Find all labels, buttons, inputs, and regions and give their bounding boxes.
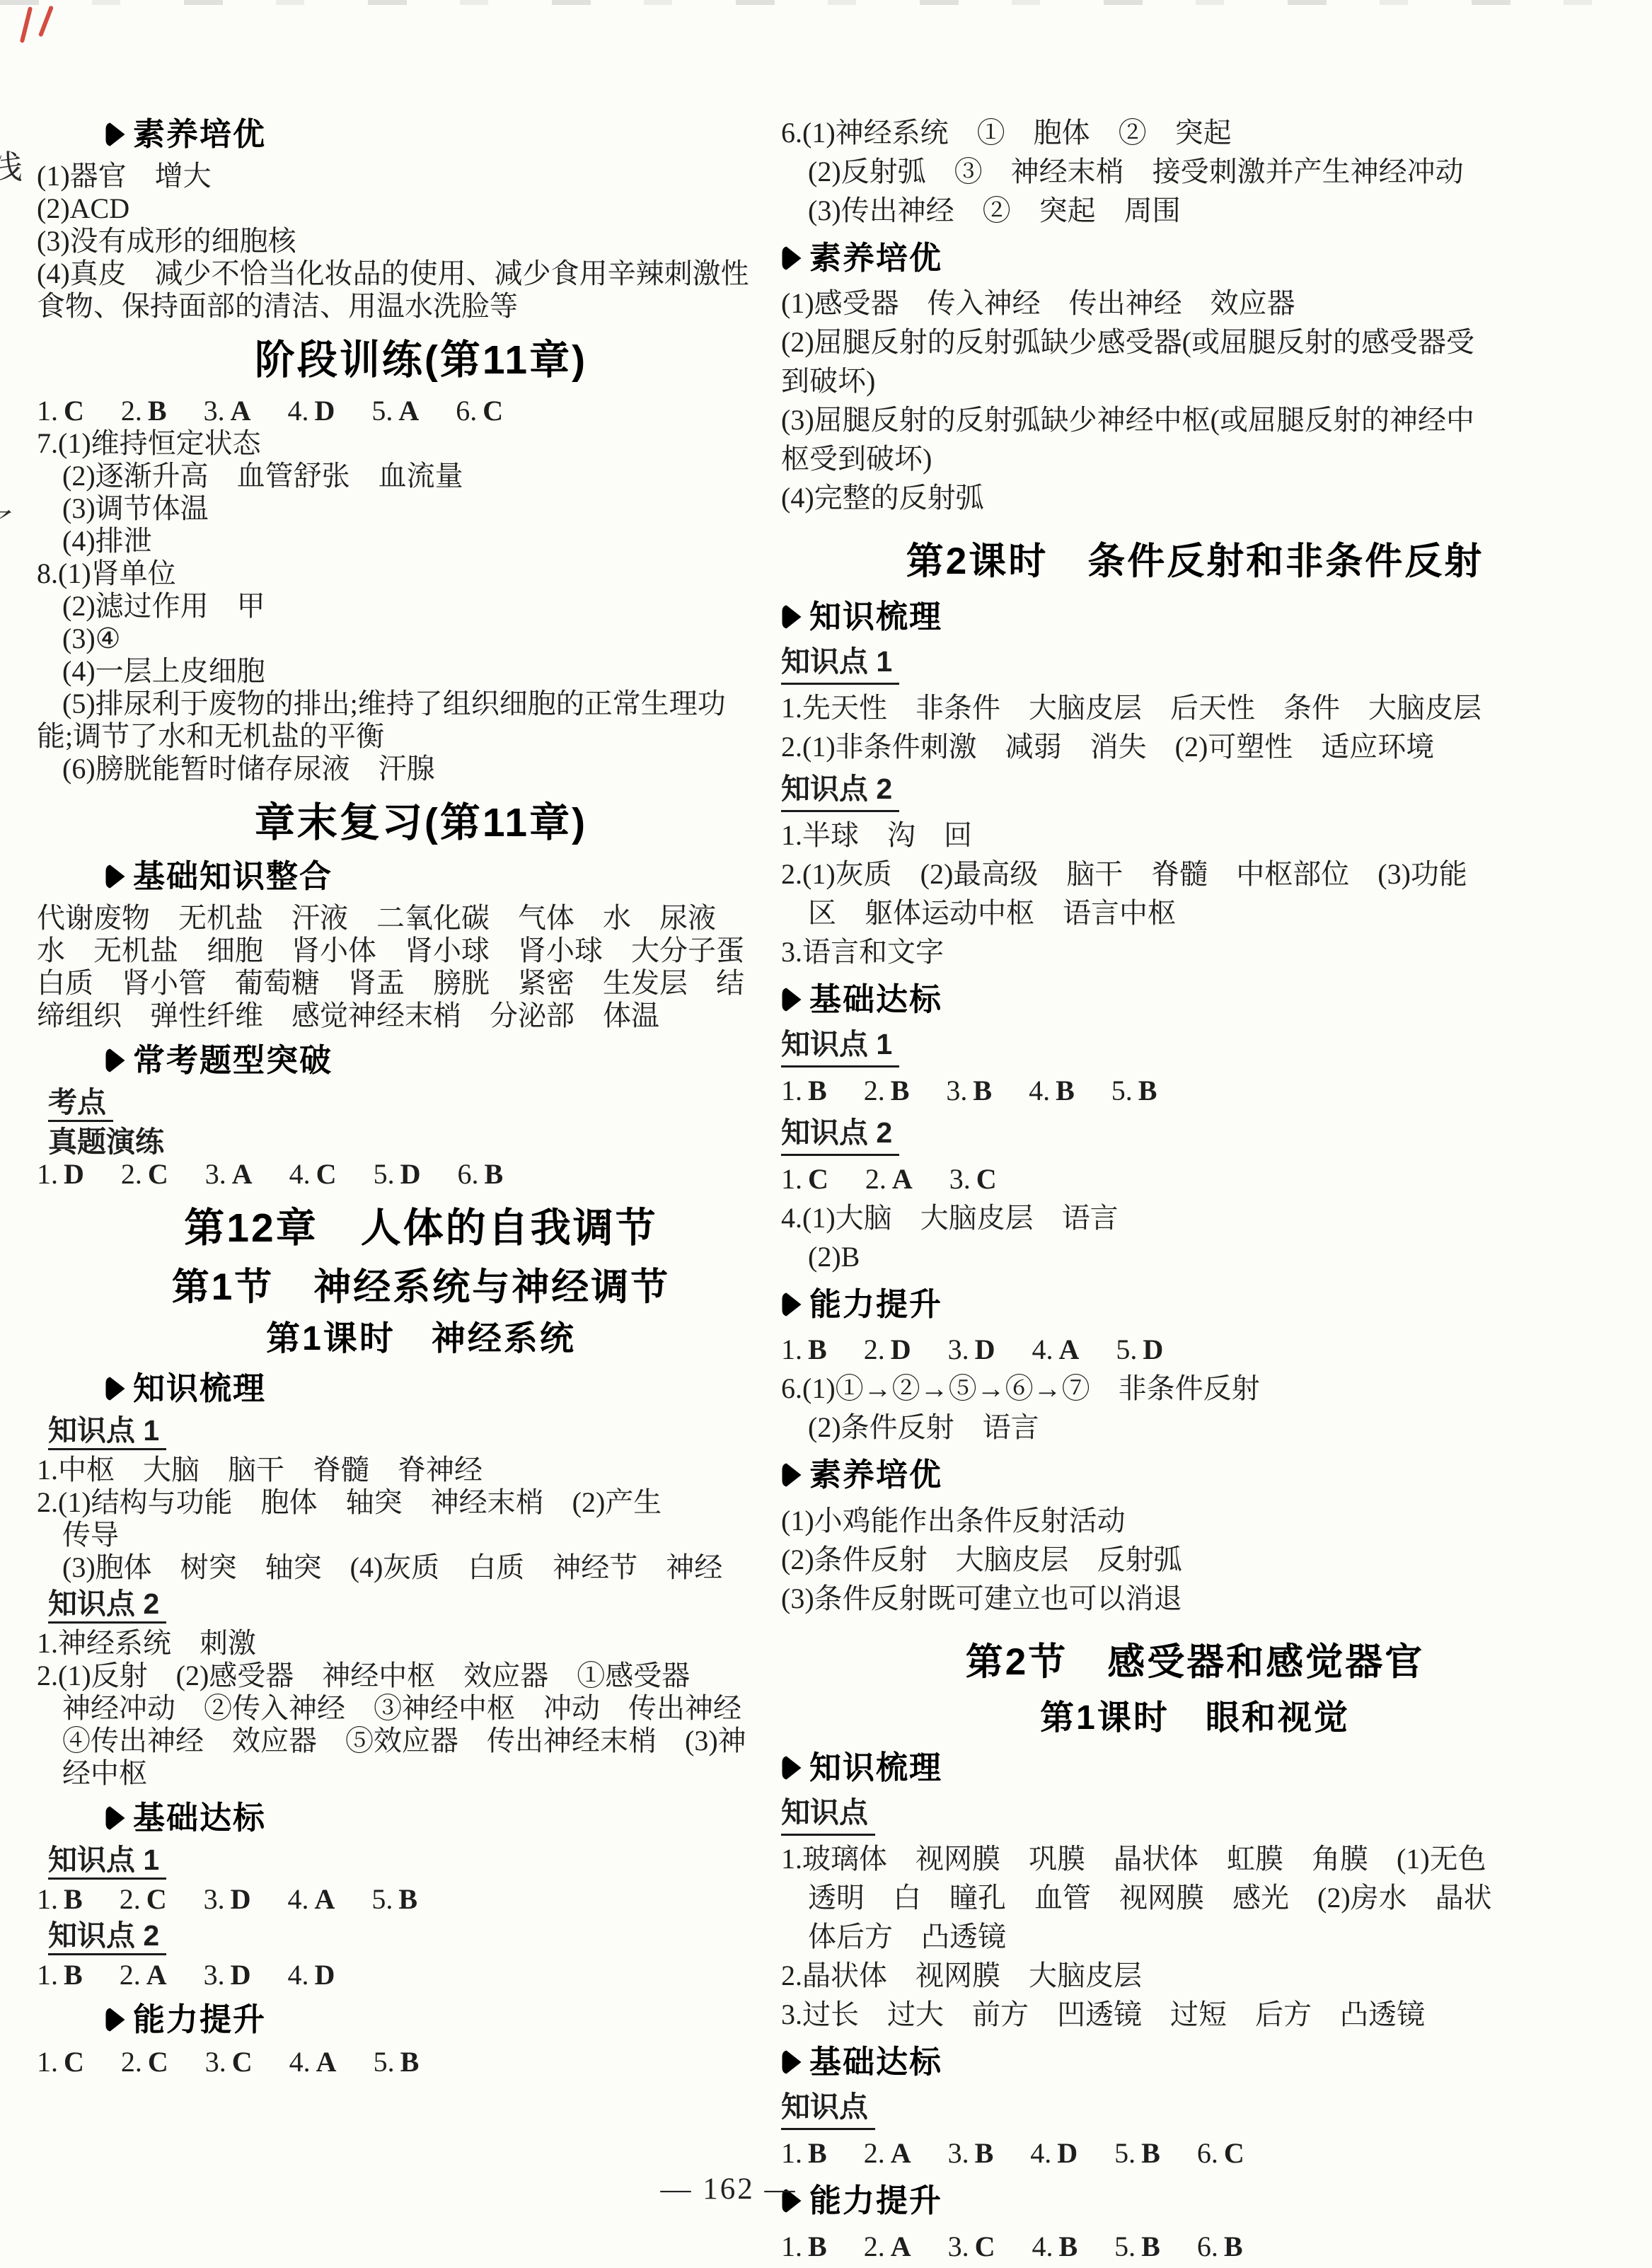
answer-text-line: (2)滤过作用 甲 xyxy=(37,590,805,623)
answer-pair: 5.B xyxy=(374,2046,420,2078)
answer-text-line: 区 躯体运动中枢 语言中枢 xyxy=(781,893,1609,932)
play-triangle-icon xyxy=(781,1755,802,1781)
scanner-edge-noise xyxy=(0,0,1652,5)
knowledge-point-subhead: 考点 xyxy=(37,1086,805,1122)
play-triangle-icon xyxy=(105,2007,126,2032)
answer-text-line: (2)条件反射 大脑皮层 反射弧 xyxy=(781,1540,1609,1579)
section-header: 素养培优 xyxy=(37,115,805,154)
left-column: 素养培优(1)器官 增大(2)ACD(3)没有成形的细胞核(4)真皮 减少不恰当… xyxy=(37,106,805,2078)
answer-text-line: 神经冲动 ②传入神经 ③神经中枢 冲动 传出神经 xyxy=(37,1692,805,1725)
answer-text-line: (3)传出神经 ② 突起 周围 xyxy=(781,191,1609,230)
section-header-label: 素养培优 xyxy=(809,238,942,278)
section-header: 素养培优 xyxy=(781,1455,1609,1495)
answer-pair: 1.C xyxy=(37,395,84,427)
knowledge-point-subhead: 知识点 1 xyxy=(781,642,1609,685)
answer-pair: 5.A xyxy=(371,395,419,427)
section-header-label: 素养培优 xyxy=(133,115,266,154)
section-header-label: 能力提升 xyxy=(809,1285,942,1324)
answer-text-line: 白质 肾小管 葡萄糖 肾盂 膀胱 紧密 生发层 结 xyxy=(37,967,805,1000)
section-header: 常考题型突破 xyxy=(37,1041,805,1080)
play-triangle-icon xyxy=(105,1805,126,1831)
answer-text-line: 2.(1)结构与功能 胞体 轴突 神经末梢 (2)产生 xyxy=(37,1486,805,1519)
section-header: 基础知识整合 xyxy=(37,857,805,896)
knowledge-point-label: 知识点 1 xyxy=(781,642,899,685)
answer-text-line: 体后方 凸透镜 xyxy=(781,1917,1609,1956)
answer-pair: 3.C xyxy=(205,2046,253,2078)
section-header: 知识梳理 xyxy=(37,1369,805,1408)
answer-text-line: (5)排尿利于废物的排出;维持了组织细胞的正常生理功 xyxy=(37,688,805,720)
knowledge-point-label: 知识点 2 xyxy=(781,1113,899,1156)
answer-text-line: 8.(1)肾单位 xyxy=(37,557,805,590)
section-header: 知识梳理 xyxy=(781,1748,1609,1788)
section-header-label: 基础达标 xyxy=(809,980,942,1019)
answer-text-line: 6.(1)神经系统 ① 胞体 ② 突起 xyxy=(781,113,1609,152)
answer-pair: 1.B xyxy=(781,2231,827,2262)
answer-choice-line: 1.B2.C3.D4.A5.B xyxy=(37,1883,805,1916)
section-header-label: 知识梳理 xyxy=(133,1369,266,1408)
answer-text-line: 代谢废物 无机盐 汗液 二氧化碳 气体 水 尿液 xyxy=(37,902,805,935)
answer-choice-line: 1.D2.C3.A4.C5.D6.B xyxy=(37,1158,805,1191)
red-pen-mark xyxy=(20,6,33,43)
answer-text-line: (4)排泄 xyxy=(37,525,805,557)
section-header: 能力提升 xyxy=(781,2181,1609,2221)
answer-choice-line: 1.C2.C3.C4.A5.B xyxy=(37,2046,805,2078)
lesson-heading: 第1课时 神经系统 xyxy=(37,1318,805,1360)
answer-pair: 4.A xyxy=(287,1883,335,1915)
answer-text-line: 食物、保持面部的清洁、用温水洗脸等 xyxy=(37,290,805,323)
knowledge-point-subhead: 知识点 1 xyxy=(781,1025,1609,1068)
answer-choice-line: 1.B2.B3.B4.B5.B xyxy=(781,1071,1609,1110)
section-header: 基础达标 xyxy=(781,2042,1609,2082)
answer-text-line: 1.半球 沟 回 xyxy=(781,816,1609,855)
section-header: 知识梳理 xyxy=(781,597,1609,637)
play-triangle-icon xyxy=(105,1376,126,1401)
section-header-label: 知识梳理 xyxy=(809,597,942,637)
answer-pair: 1.B xyxy=(37,1883,83,1915)
section-header: 素养培优 xyxy=(781,238,1609,278)
section-header-label: 能力提升 xyxy=(133,2000,266,2040)
answer-text-line: (2)反射弧 ③ 神经末梢 接受刺激并产生神经冲动 xyxy=(781,152,1609,191)
answer-text-line: (3)没有成形的细胞核 xyxy=(37,225,805,258)
answer-pair: 1.B xyxy=(781,1075,827,1106)
answer-text-line: (2)逐渐升高 血管舒张 血流量 xyxy=(37,460,805,492)
chapter-heading: 章末复习(第11章) xyxy=(37,798,805,848)
answer-text-line: 到破坏) xyxy=(781,361,1609,400)
knowledge-point-subhead: 知识点 2 xyxy=(781,770,1609,812)
answer-text-line: 缔组织 弹性纤维 感觉神经末梢 分泌部 体温 xyxy=(37,1000,805,1032)
scanned-answer-page: 浅 了 素养培优(1)器官 增大(2)ACD(3)没有成形的细胞核(4)真皮 减… xyxy=(0,0,1652,2268)
answer-text-line: 1.玻璃体 视网膜 巩膜 晶状体 虹膜 角膜 (1)无色 xyxy=(781,1839,1609,1878)
answer-pair: 3.D xyxy=(204,1883,251,1915)
play-triangle-icon xyxy=(105,122,126,147)
play-triangle-icon xyxy=(781,245,802,271)
knowledge-point-subhead: 知识点 1 xyxy=(37,1414,805,1450)
answer-text-line: (1)感受器 传入神经 传出神经 效应器 xyxy=(781,284,1609,323)
answer-pair: 1.B xyxy=(781,1333,827,1365)
section-header: 基础达标 xyxy=(781,980,1609,1019)
answer-choice-line: 1.C2.A3.C xyxy=(781,1159,1609,1198)
answer-text-line: (4)一层上皮细胞 xyxy=(37,655,805,688)
answer-pair: 4.B xyxy=(1029,1075,1075,1106)
answer-pair: 6.B xyxy=(1197,2231,1243,2262)
answer-pair: 2.A xyxy=(864,2137,911,2169)
answer-choice-line: 1.B2.D3.D4.A5.D xyxy=(781,1330,1609,1369)
play-triangle-icon xyxy=(781,604,802,630)
answer-pair: 3.C xyxy=(948,2231,995,2262)
answer-pair: 4.D xyxy=(1030,2137,1078,2169)
answer-text-line: 能;调节了水和无机盐的平衡 xyxy=(37,720,805,753)
knowledge-point-label: 知识点 xyxy=(781,1793,875,1836)
play-triangle-icon xyxy=(781,2049,802,2075)
answer-choice-line: 1.B2.A3.C4.B5.B6.B xyxy=(781,2227,1609,2266)
answer-pair: 2.C xyxy=(121,2046,168,2078)
answer-text-line: 3.过长 过大 前方 凹透镜 过短 后方 凸透镜 xyxy=(781,1995,1609,2034)
answer-text-line: 传导 xyxy=(37,1519,805,1551)
knowledge-point-subhead: 知识点 xyxy=(781,2088,1609,2130)
knowledge-point-subhead: 知识点 2 xyxy=(37,1919,805,1955)
section-header-label: 基础达标 xyxy=(133,1798,266,1838)
play-triangle-icon xyxy=(781,987,802,1012)
answer-pair: 2.B xyxy=(121,395,167,427)
knowledge-point-label: 知识点 1 xyxy=(48,1414,166,1450)
answer-pair: 3.A xyxy=(205,1158,253,1190)
answer-choice-line: 1.C2.B3.A4.D5.A6.C xyxy=(37,395,805,427)
knowledge-point-label: 知识点 2 xyxy=(781,770,899,812)
answer-text-line: (3)调节体温 xyxy=(37,492,805,525)
answer-pair: 3.D xyxy=(204,1959,251,1991)
answer-text-line: (2)条件反射 语言 xyxy=(781,1408,1609,1447)
answer-pair: 2.D xyxy=(864,1333,911,1365)
section-heading: 第1节 神经系统与神经调节 xyxy=(37,1264,805,1311)
knowledge-point-label: 知识点 2 xyxy=(48,1587,166,1624)
clipped-margin-character: 了 xyxy=(0,509,14,542)
answer-text-line: (3)胞体 树突 轴突 (4)灰质 白质 神经节 神经 xyxy=(37,1551,805,1584)
answer-pair: 3.D xyxy=(948,1333,995,1365)
bold-subhead: 真题演练 xyxy=(37,1126,805,1158)
answer-pair: 6.B xyxy=(457,1158,503,1190)
answer-text-line: (6)膀胱能暂时储存尿液 汗腺 xyxy=(37,753,805,785)
answer-pair: 5.B xyxy=(1111,1075,1157,1106)
answer-text-line: 2.(1)反射 (2)感受器 神经中枢 效应器 ①感受器 xyxy=(37,1660,805,1692)
answer-pair: 1.C xyxy=(781,1163,828,1195)
chapter-heading: 第12章 人体的自我调节 xyxy=(37,1203,805,1254)
red-pen-mark xyxy=(38,5,54,37)
answer-text-line: (2)ACD xyxy=(37,192,805,225)
knowledge-point-label: 知识点 xyxy=(781,2088,875,2130)
answer-pair: 2.A xyxy=(865,1163,913,1195)
answer-text-line: (3)屈腿反射的反射弧缺少神经中枢(或屈腿反射的神经中 xyxy=(781,400,1609,439)
answer-text-line: 3.语言和文字 xyxy=(781,932,1609,971)
answer-pair: 1.B xyxy=(781,2137,827,2169)
answer-pair: 5.B xyxy=(1114,2137,1160,2169)
knowledge-point-label: 知识点 2 xyxy=(48,1919,166,1955)
knowledge-point-subhead: 知识点 1 xyxy=(37,1844,805,1880)
answer-pair: 5.D xyxy=(374,1158,421,1190)
knowledge-point-subhead: 知识点 2 xyxy=(37,1587,805,1624)
answer-pair: 2.C xyxy=(121,1158,168,1190)
answer-pair: 1.B xyxy=(37,1959,83,1991)
answer-text-line: (1)器官 增大 xyxy=(37,160,805,192)
answer-text-line: 1.中枢 大脑 脑干 脊髓 脊神经 xyxy=(37,1454,805,1486)
right-column: 6.(1)神经系统 ① 胞体 ② 突起(2)反射弧 ③ 神经末梢 接受刺激并产生… xyxy=(781,113,1609,2266)
answer-pair: 2.B xyxy=(864,1075,910,1106)
answer-text-line: (3)④ xyxy=(37,623,805,655)
answer-text-line: 水 无机盐 细胞 肾小体 肾小球 肾小球 大分子蛋 xyxy=(37,935,805,967)
answer-text-line: 4.(1)大脑 大脑皮层 语言 xyxy=(781,1198,1609,1237)
answer-pair: 1.C xyxy=(37,2046,84,2078)
section-heading: 第2课时 条件反射和非条件反射 xyxy=(781,538,1609,585)
section-header: 能力提升 xyxy=(37,2000,805,2040)
answer-pair: 1.D xyxy=(37,1158,84,1190)
answer-text-line: 7.(1)维持恒定状态 xyxy=(37,427,805,460)
play-triangle-icon xyxy=(781,1462,802,1488)
answer-text-line: 6.(1)①→②→⑤→⑥→⑦ 非条件反射 xyxy=(781,1369,1609,1408)
answer-text-line: 透明 白 瞳孔 血管 视网膜 感光 (2)房水 晶状 xyxy=(781,1878,1609,1917)
answer-pair: 5.B xyxy=(371,1883,417,1915)
answer-text-line: ④传出神经 效应器 ⑤效应器 传出神经末梢 (3)神 xyxy=(37,1725,805,1757)
knowledge-point-label: 知识点 1 xyxy=(48,1844,166,1880)
answer-pair: 5.D xyxy=(1116,1333,1163,1365)
answer-pair: 4.C xyxy=(289,1158,337,1190)
play-triangle-icon xyxy=(781,1292,802,1317)
answer-pair: 4.D xyxy=(287,1959,335,1991)
answer-text-line: (2)B xyxy=(781,1237,1609,1276)
knowledge-point-subhead: 知识点 2 xyxy=(781,1113,1609,1156)
knowledge-point-subhead: 知识点 xyxy=(781,1793,1609,1836)
answer-text-line: 2.晶状体 视网膜 大脑皮层 xyxy=(781,1956,1609,1995)
answer-pair: 4.D xyxy=(287,395,335,427)
answer-pair: 4.A xyxy=(289,2046,337,2078)
section-header: 能力提升 xyxy=(781,1285,1609,1324)
answer-pair: 3.B xyxy=(948,2137,994,2169)
answer-text-line: 经中枢 xyxy=(37,1757,805,1790)
section-header-label: 基础知识整合 xyxy=(133,857,333,896)
answer-text-line: (4)真皮 减少不恰当化妆品的使用、减少食用辛辣刺激性 xyxy=(37,258,805,290)
knowledge-point-label: 考点 xyxy=(48,1086,113,1122)
section-header: 基础达标 xyxy=(37,1798,805,1838)
answer-pair: 3.A xyxy=(204,395,251,427)
page-number: — 162 — xyxy=(619,2172,838,2206)
answer-text-line: (1)小鸡能作出条件反射活动 xyxy=(781,1501,1609,1540)
clipped-margin-character: 浅 xyxy=(0,151,23,184)
section-header-label: 基础达标 xyxy=(809,2042,942,2082)
answer-text-line: 枢受到破坏) xyxy=(781,439,1609,478)
section-header-label: 常考题型突破 xyxy=(133,1041,333,1080)
answer-pair: 4.B xyxy=(1032,2231,1078,2262)
answer-pair: 6.C xyxy=(456,395,503,427)
answer-text-line: (4)完整的反射弧 xyxy=(781,478,1609,517)
lesson-heading: 第1课时 眼和视觉 xyxy=(781,1697,1609,1740)
answer-pair: 6.C xyxy=(1197,2137,1244,2169)
answer-text-line: (2)屈腿反射的反射弧缺少感受器(或屈腿反射的感受器受 xyxy=(781,323,1609,361)
answer-text-line: 2.(1)非条件刺激 减弱 消失 (2)可塑性 适应环境 xyxy=(781,727,1609,766)
answer-choice-line: 1.B2.A3.B4.D5.B6.C xyxy=(781,2134,1609,2172)
answer-pair: 2.C xyxy=(120,1883,167,1915)
answer-pair: 5.B xyxy=(1114,2231,1160,2262)
section-header-label: 素养培优 xyxy=(809,1455,942,1495)
play-triangle-icon xyxy=(105,1048,126,1073)
answer-pair: 3.B xyxy=(946,1075,992,1106)
answer-pair: 2.A xyxy=(864,2231,911,2262)
answer-pair: 4.A xyxy=(1032,1333,1079,1365)
answer-pair: 3.C xyxy=(949,1163,997,1195)
answer-text-line: 2.(1)灰质 (2)最高级 脑干 脊髓 中枢部位 (3)功能 xyxy=(781,855,1609,893)
answer-pair: 2.A xyxy=(120,1959,167,1991)
knowledge-point-label: 知识点 1 xyxy=(781,1025,899,1068)
chapter-heading: 阶段训练(第11章) xyxy=(37,335,805,386)
answer-text-line: 1.神经系统 刺激 xyxy=(37,1627,805,1660)
answer-text-line: (3)条件反射既可建立也可以消退 xyxy=(781,1579,1609,1618)
answer-text-line: 1.先天性 非条件 大脑皮层 后天性 条件 大脑皮层 xyxy=(781,688,1609,727)
play-triangle-icon xyxy=(105,864,126,889)
section-header-label: 知识梳理 xyxy=(809,1748,942,1788)
section-heading: 第2节 感受器和感觉器官 xyxy=(781,1639,1609,1686)
answer-choice-line: 1.B2.A3.D4.D xyxy=(37,1959,805,1991)
